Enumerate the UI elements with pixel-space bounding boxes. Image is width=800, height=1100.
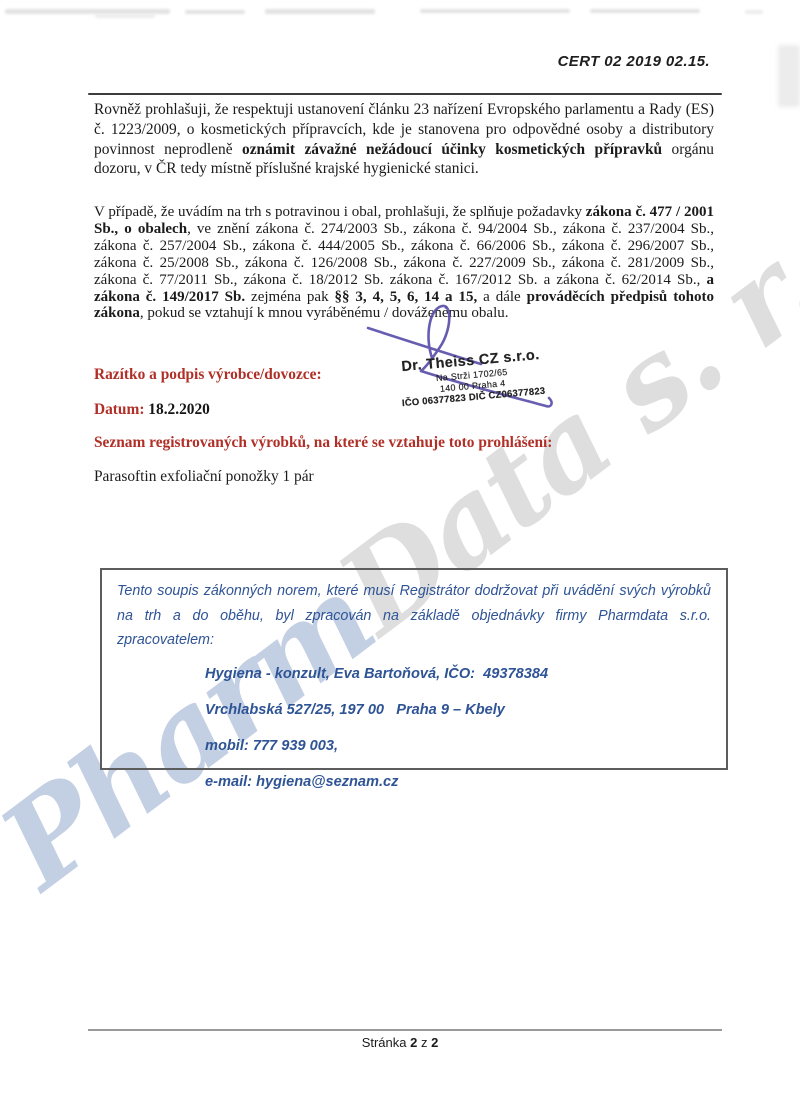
- date-value: 18.2.2020: [148, 401, 210, 418]
- page-number-footer: Stránka 2 z 2: [0, 1035, 800, 1050]
- footer-separator: z: [417, 1035, 431, 1050]
- p1-seg-bold: oznámit závažné nežádoucí účinky kosmeti…: [242, 141, 662, 158]
- registrar-info-box: Tento soupis zákonných norem, které musí…: [100, 568, 728, 770]
- footer-total-pages: 2: [431, 1035, 438, 1050]
- contact-name: Hygiena - konzult, Eva Bartoňová, IČO: 4…: [205, 656, 711, 692]
- document-content: CERT 02 2019 02.15. Rovněž prohlašuji, ž…: [0, 0, 800, 1100]
- product-name: Parasoftin exfoliační ponožky 1 pár: [94, 468, 314, 486]
- header-rule: [88, 93, 722, 95]
- date-label: Datum:: [94, 401, 148, 418]
- contact-address: Vrchlabská 527/25, 197 00 Praha 9 – Kbel…: [205, 692, 711, 728]
- paragraph-cosmetics-regulation: Rovněž prohlašuji, že respektuji ustanov…: [94, 100, 714, 179]
- date-line: Datum: 18.2.2020: [94, 401, 210, 419]
- contact-mobile: mobil: 777 939 003,: [205, 728, 711, 764]
- registered-products-label: Seznam registrovaných výrobků, na které …: [94, 434, 552, 452]
- p2-seg: zejména pak: [245, 289, 334, 305]
- p2-seg: , ve znění zákona č. 274/2003 Sb., zákon…: [94, 221, 714, 288]
- footer-prefix: Stránka: [362, 1035, 410, 1050]
- contact-email: e-mail: hygiena@seznam.cz: [205, 764, 711, 800]
- stamp-signature-label: Razítko a podpis výrobce/dovozce:: [94, 366, 322, 384]
- scanned-document-page: PharmData s. r. o. CERT 02 2019 02.15. R…: [0, 0, 800, 1100]
- p2-seg: V případě, že uvádím na trh s potravinou…: [94, 204, 586, 220]
- info-box-intro: Tento soupis zákonných norem, které musí…: [117, 579, 711, 653]
- cert-code: CERT 02 2019 02.15.: [558, 53, 710, 70]
- footer-rule: [88, 1029, 722, 1031]
